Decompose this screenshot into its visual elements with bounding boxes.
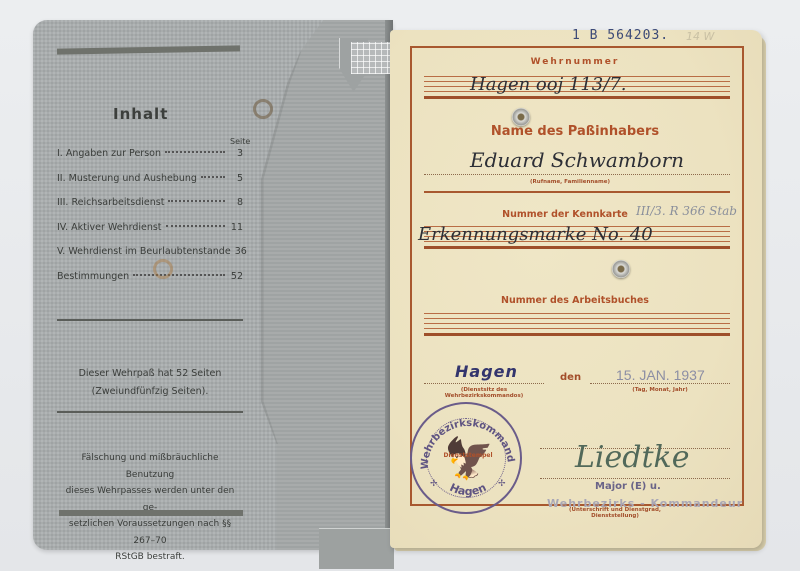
pencil-note: 14 W <box>686 30 714 43</box>
kennkarte-value: Erkennungsmarke No. 40 <box>418 224 653 245</box>
decorative-rule <box>57 45 240 54</box>
toc-item: Bestimmungen52 <box>57 271 243 296</box>
date-caption: (Tag, Monat, Jahr) <box>610 387 710 393</box>
stamp-center-text: Dienststempel <box>438 452 498 459</box>
toc-item: V. Wehrdienst im Beurlaubtenstande36 <box>57 246 243 271</box>
wehrnummer-label: Wehrnummer <box>410 57 740 67</box>
divider <box>57 411 243 413</box>
place-value: Hagen <box>455 362 518 381</box>
eagle-emblem-icon: 🦅 <box>444 434 490 484</box>
den-label: den <box>560 372 581 383</box>
binding-sleeve <box>319 528 394 569</box>
passport-inside-cover: Inhalt Seite I. Angaben zur Person3 II. … <box>33 20 393 550</box>
name-caption: (Rufname, Familienname) <box>510 179 630 185</box>
signature-dotted-line <box>540 478 730 479</box>
place-dotted-line <box>424 383 544 384</box>
eyelet <box>612 260 630 278</box>
arbeitsbuch-label: Nummer des Arbeitsbuches <box>410 295 740 306</box>
official-stamp: Wehrbezirkskommando Hagen ✢ ✢ 🦅 Dienstst… <box>410 402 522 514</box>
toc-page-header: Seite <box>230 137 250 146</box>
arbeitsbuch-lines <box>424 313 730 336</box>
wehrnummer-value: Hagen ooj 113/7. <box>470 74 627 95</box>
signature-caption: (Unterschrift und Dienstgrad, Dienststel… <box>545 507 685 519</box>
toc-title: Inhalt <box>113 105 168 123</box>
toc-item: II. Musterung und Aushebung5 <box>57 173 243 198</box>
svg-text:✢: ✢ <box>498 479 506 489</box>
toc-list: I. Angaben zur Person3 II. Musterung und… <box>57 148 243 295</box>
legal-warning: Fälschung und mißbräuchliche Benutzung d… <box>57 450 243 566</box>
holder-name-value: Eduard Schwamborn <box>470 148 684 172</box>
divider <box>424 191 730 193</box>
serial-number: 1 B 564203. <box>572 28 669 43</box>
toc-item: IV. Aktiver Wehrdienst11 <box>57 222 243 247</box>
rust-stain <box>153 259 173 279</box>
holder-name-label: Name des Paßinhabers <box>410 124 740 139</box>
date-dotted-line <box>590 383 730 384</box>
decorative-rule <box>59 510 243 516</box>
svg-text:✢: ✢ <box>430 479 438 489</box>
page-count-note: Dieser Wehrpaß hat 52 Seiten (Zweiundfün… <box>57 365 243 401</box>
divider <box>57 319 243 321</box>
signature: Liedtke <box>575 440 689 475</box>
rust-stain <box>253 99 273 119</box>
toc-item: I. Angaben zur Person3 <box>57 148 243 173</box>
place-caption: (Dienstsitz des Wehrbezirkskommandos) <box>424 387 544 399</box>
toc-item: III. Reichsarbeitsdienst8 <box>57 197 243 222</box>
table-of-contents-panel: Inhalt Seite I. Angaben zur Person3 II. … <box>33 20 273 550</box>
passport-identity-page: 1 B 564203. 14 W Wehrnummer Hagen ooj 11… <box>390 30 762 548</box>
issue-date: 15. JAN. 1937 <box>616 367 705 383</box>
pocket-flap <box>261 20 391 550</box>
rank: Major (E) u. <box>595 481 661 492</box>
kennkarte-stamp: III/3. R 366 Stab <box>636 204 737 218</box>
name-dotted-line <box>424 174 730 175</box>
